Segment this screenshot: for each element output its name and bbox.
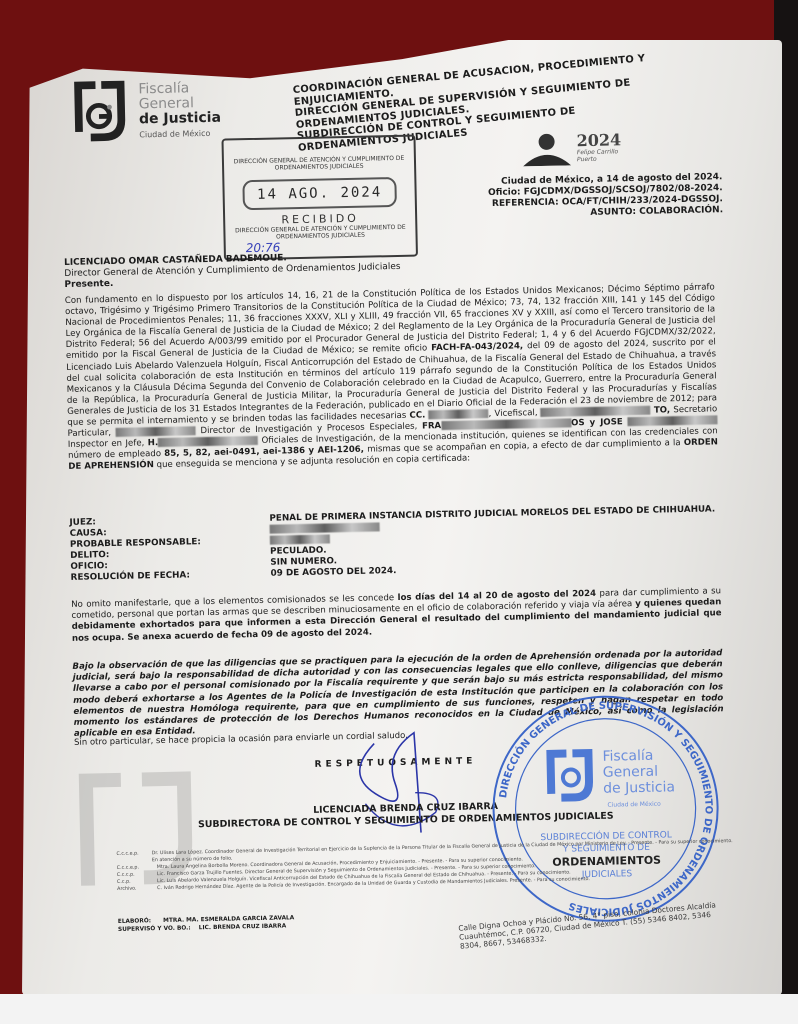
ccp-key: C.c.c.e.p.: [116, 850, 152, 865]
text: TO,: [654, 405, 670, 415]
redaction: [270, 534, 330, 544]
text: FRA: [422, 421, 441, 431]
redaction: [441, 418, 571, 430]
document-meta: Ciudad de México, a 14 de agosto del 202…: [432, 172, 723, 222]
fgj-logo-icon: [70, 77, 129, 146]
warrant-fields: JUEZ:PENAL DE PRIMERA INSTANCIA DISTRITO…: [69, 504, 720, 584]
redaction: [158, 436, 258, 447]
campaign-text: Felipe Carrillo Puerto: [577, 148, 637, 163]
stamp-date: 14 AGO. 2024: [242, 177, 397, 210]
text: FACH-FA-043/2024,: [431, 342, 523, 354]
redaction: [428, 409, 488, 419]
svg-text:General: General: [603, 764, 659, 781]
received-stamp: DIRECCIÓN GENERAL DE ATENCIÓN Y CUMPLIMI…: [221, 135, 418, 261]
redaction: [116, 426, 196, 437]
portrait-icon: [516, 129, 577, 166]
text: CC.: [409, 410, 425, 420]
svg-text:Fiscalía: Fiscalía: [602, 748, 653, 765]
text: H.: [148, 438, 159, 448]
svg-text:Ciudad de México: Ciudad de México: [607, 801, 661, 809]
text: Inspector en Jefe,: [68, 438, 148, 450]
logo-line-3: de Justicia: [139, 110, 221, 128]
campaign-badge: 2024 Felipe Carrillo Puerto: [516, 128, 637, 171]
redaction: [270, 522, 380, 533]
svg-text:DIRECCIÓN GENERAL DE SUPERVISI: DIRECCIÓN GENERAL DE SUPERVISIÓN Y SEGUI…: [496, 698, 716, 919]
stamp-top-text: DIRECCIÓN GENERAL DE ATENCIÓN Y CUMPLIMI…: [224, 155, 414, 173]
screenshot-bottom-bar: [0, 994, 798, 1024]
text: , Vicefiscal,: [488, 408, 540, 419]
official-seal-icon: DIRECCIÓN GENERAL DE SUPERVISIÓN Y SEGUI…: [483, 686, 728, 931]
svg-text:de Justicia: de Justicia: [603, 779, 675, 797]
body-paragraph-1: Con fundamento en lo dispuesto por los a…: [65, 282, 719, 473]
ccp-key: Archivo.: [117, 885, 157, 893]
redaction: [541, 406, 651, 417]
text: OS y JOSE: [571, 417, 623, 428]
fgj-logo-text: Fiscalía General de Justicia Ciudad de M…: [138, 81, 221, 143]
redaction: [627, 415, 717, 426]
logo-city: Ciudad de México: [139, 126, 221, 143]
campaign-year: 2024: [576, 130, 621, 150]
